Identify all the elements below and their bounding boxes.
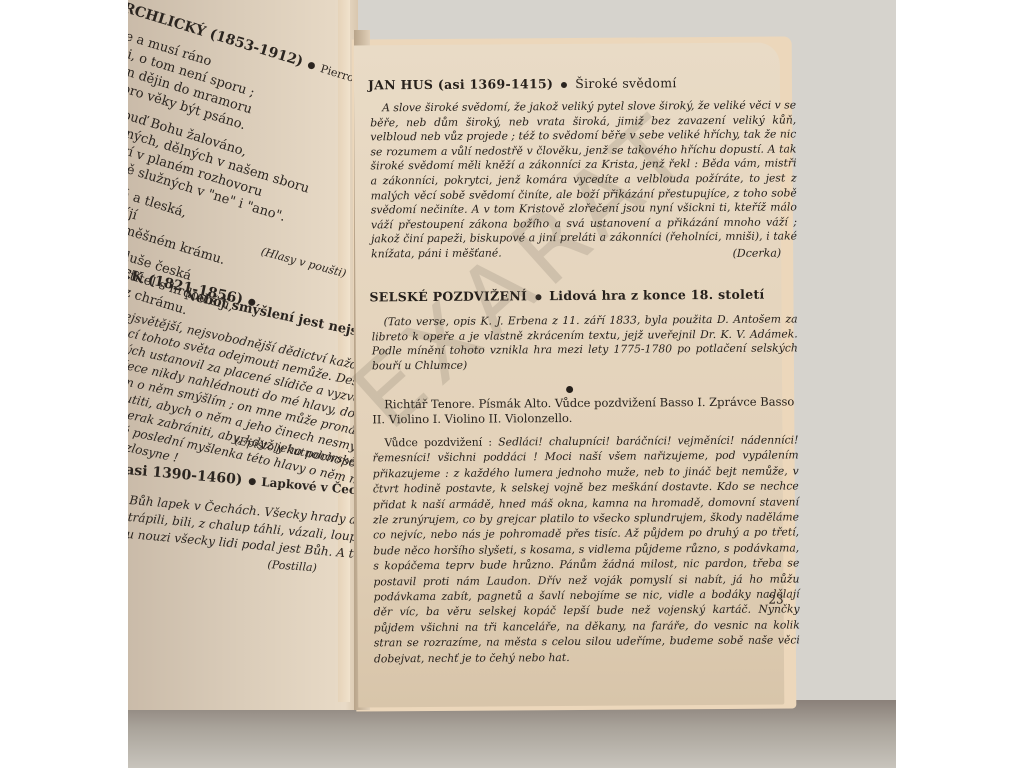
selske-note: (Tato verse, opis K. J. Erbena z 11. zář… [356, 312, 860, 374]
bullet-icon [535, 294, 541, 300]
left-prose-3: Bůh lapek v Čechách. Všecky hrady a měst… [128, 492, 368, 566]
bullet-icon [307, 61, 316, 70]
section-heading-jan-hus: JAN HUS (asi 1369-1415)Široké svědomí [354, 74, 794, 92]
left-source-3: (Postilla) [267, 558, 317, 574]
jan-hus-text: A slove široké svědomí, že jakož veliký … [354, 98, 859, 262]
speech-text: Sedláci! chalupníci! baráčníci! vejměníc… [373, 433, 800, 665]
bullet-icon [561, 82, 567, 88]
bullet-icon [248, 477, 256, 485]
book-photo: RCHLICKÝ (1853-1912)Pierroti svobody e a… [128, 0, 896, 768]
left-page: RCHLICKÝ (1853-1912)Pierroti svobody e a… [128, 0, 358, 710]
right-frame [896, 0, 1024, 768]
right-page: JAN HUS (asi 1369-1415)Široké svědomí A … [354, 43, 785, 708]
section-heading-selske: SELSKÉ POZDVIŽENÍLidová hra z konce 18. … [355, 286, 795, 304]
speaker-label: Vůdce pozdvižení : [384, 436, 492, 450]
cast-list: Richtář Tenore. Písmák Alto. Vůdce pozdv… [356, 394, 860, 428]
jan-hus-source: (Dcerka) [355, 246, 845, 262]
left-page-text: RCHLICKÝ (1853-1912)Pierroti svobody e a… [128, 0, 368, 710]
speech: Vůdce pozdvižení : Sedláci! chalupníci! … [356, 432, 862, 667]
